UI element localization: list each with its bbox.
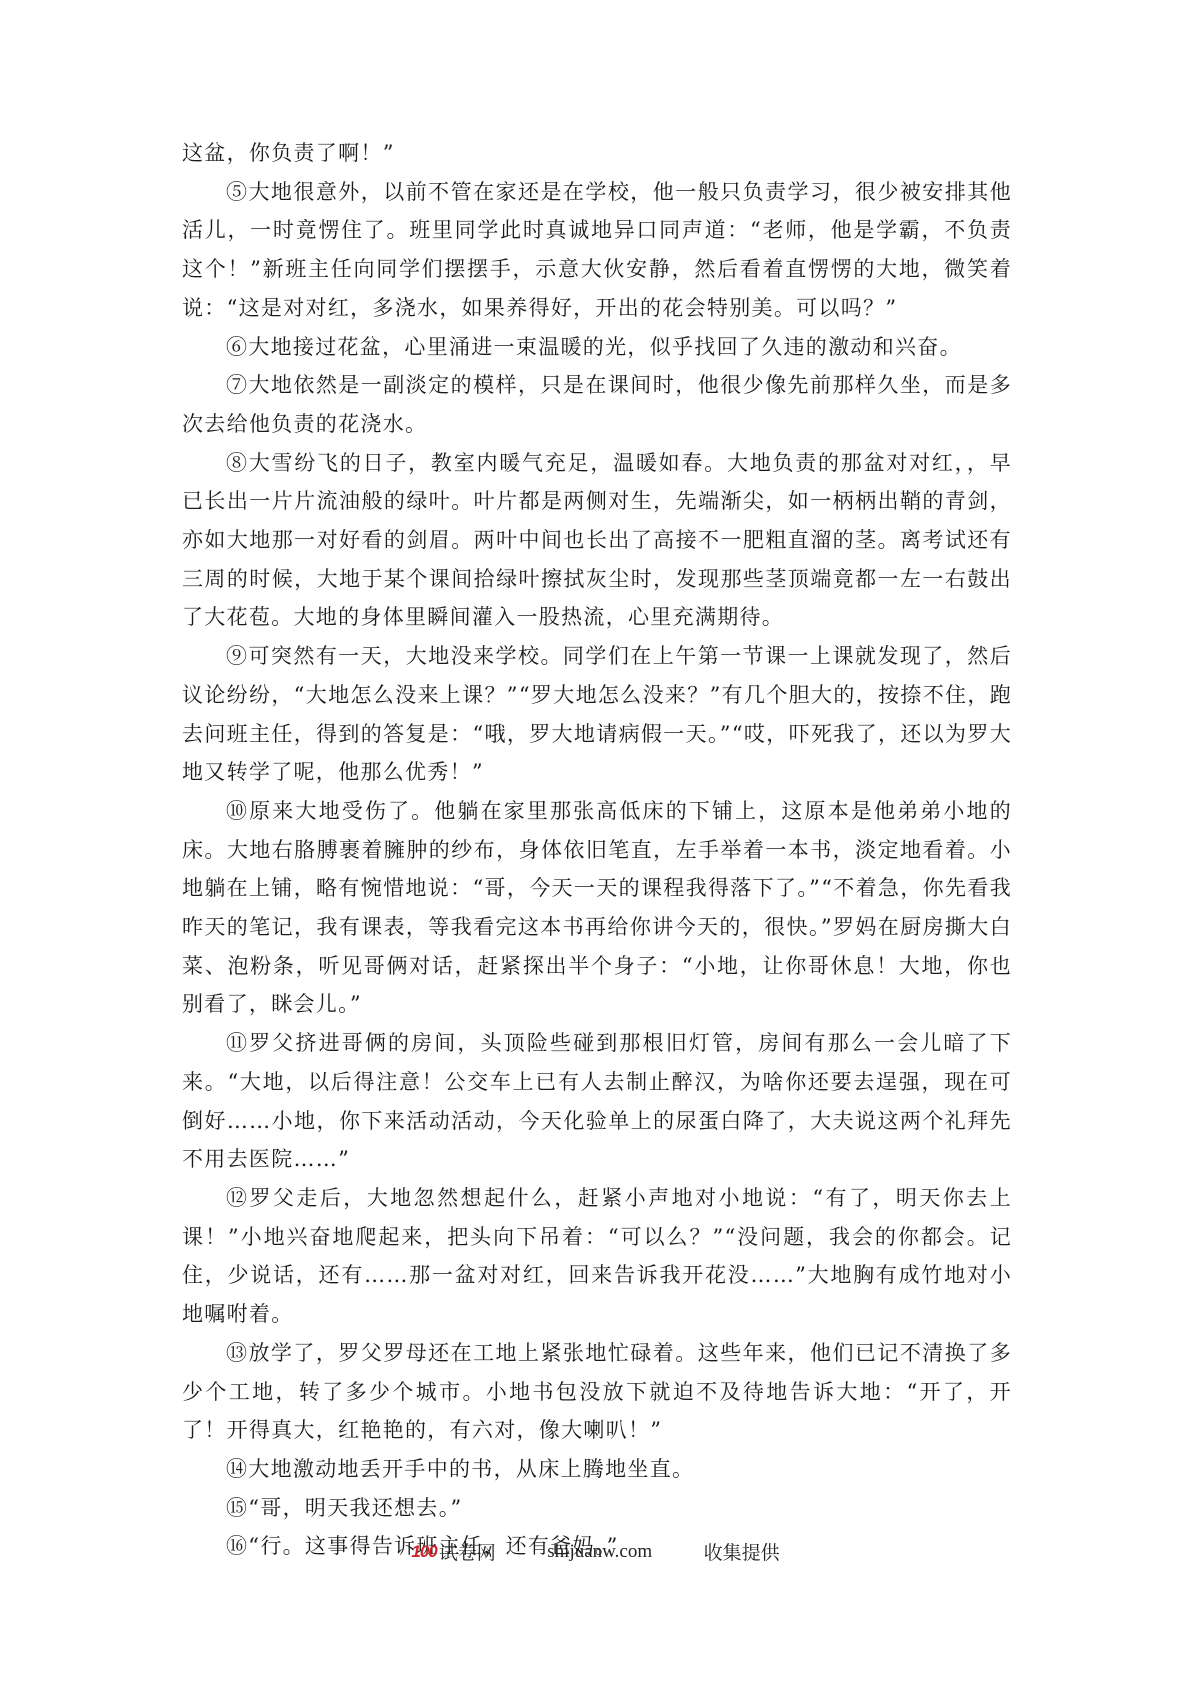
paragraph-14: ⑭大地激动地丢开手中的书，从床上腾地坐直。 — [182, 1450, 1012, 1489]
paragraph-12: ⑫罗父走后，大地忽然想起什么，赶紧小声地对小地说：“有了，明天你去上课！”小地兴… — [182, 1179, 1012, 1334]
paragraph-11: ⑪罗父挤进哥俩的房间，头顶险些碰到那根旧灯管，房间有那么一会儿暗了下来。“大地，… — [182, 1024, 1012, 1179]
footer-site-link[interactable]: shijuanw.com — [547, 1541, 652, 1563]
page-footer: 100试卷网 shijuanw.com 收集提供 — [0, 1538, 1191, 1565]
paragraph-9: ⑨可突然有一天，大地没来学校。同学们在上午第一节课一上课就发现了，然后议论纷纷，… — [182, 637, 1012, 792]
document-body: 这盆，你负责了啊！” ⑤大地很意外，以前不管在家还是在学校，他一般只负责学习，很… — [182, 134, 1012, 1566]
footer-logo-text: 试卷网 — [439, 1538, 496, 1565]
paragraph-7: ⑦大地依然是一副淡定的模样，只是在课间时，他很少像先前那样久坐，而是多次去给他负… — [182, 366, 1012, 443]
paragraph-10: ⑩原来大地受伤了。他躺在家里那张高低床的下铺上，这原本是他弟弟小地的床。大地右胳… — [182, 792, 1012, 1024]
paragraph-6: ⑥大地接过花盆，心里涌进一束温暖的光，似乎找回了久违的激动和兴奋。 — [182, 328, 1012, 367]
logo-100-icon: 100 — [411, 1542, 436, 1562]
paragraph-continuation: 这盆，你负责了啊！” — [182, 134, 1012, 173]
paragraph-8: ⑧大雪纷飞的日子，教室内暖气充足，温暖如春。大地负责的那盆对对红，，早已长出一片… — [182, 444, 1012, 638]
footer-credit: 收集提供 — [704, 1538, 780, 1565]
paragraph-5: ⑤大地很意外，以前不管在家还是在学校，他一般只负责学习，很少被安排其他活儿，一时… — [182, 173, 1012, 328]
paragraph-13: ⑬放学了，罗父罗母还在工地上紧张地忙碌着。这些年来，他们已记不清换了多少个工地，… — [182, 1334, 1012, 1450]
paragraph-15: ⑮“哥，明天我还想去。” — [182, 1489, 1012, 1528]
